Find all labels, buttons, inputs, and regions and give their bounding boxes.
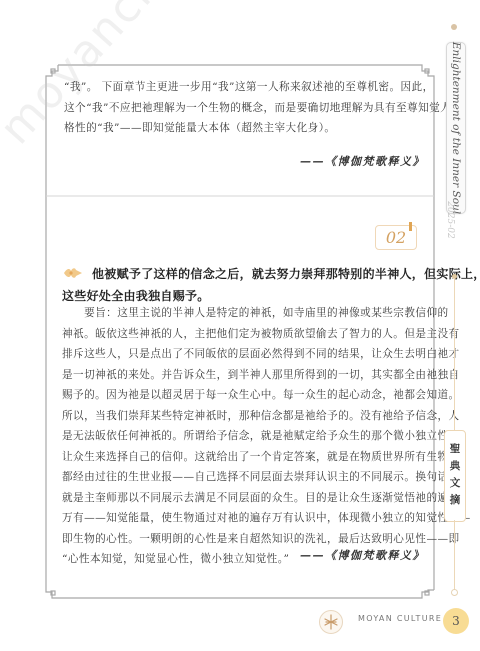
text-line: 都经由过往的生世业报——自己选择不同层面去崇拜认识主的不同展示。换句话说， <box>62 467 422 488</box>
sidebar-title-tab: Enlightenment of the Inner Soul <box>446 42 466 214</box>
text-line: 排斥这些人，只是点出了不同皈依的层面必然得到不同的结果，让众生去明白祂才 <box>62 344 422 365</box>
page-number: 3 <box>443 608 469 634</box>
text-line: 这个“我”不应把祂理解为一个生物的概念，而是要确切地理解为具有至尊知觉人 <box>64 98 420 119</box>
bookmark-tab-icon <box>409 222 412 231</box>
sidebar-top-dot <box>451 24 457 30</box>
label-char: 文 <box>445 475 465 492</box>
text-line: 赐予的。因为祂是以超灵居于每一众生心中。每一众生的起心动念，祂都会知道。 <box>62 385 422 406</box>
heading-line: 他被赋予了这样的信念之后，就去努力崇拜那特别的半神人，但实际上， <box>92 267 480 281</box>
label-char: 聖 <box>445 441 465 458</box>
sidebar-rail-lower <box>454 520 455 590</box>
asterisk-logo-icon <box>320 611 342 633</box>
sidebar-section-label: 聖 典 文 摘 <box>444 430 466 522</box>
sidebar-rail-upper <box>454 278 455 430</box>
section2-heading: 他被赋予了这样的信念之后，就去努力崇拜那特别的半神人，但实际上， 这些好处全由我… <box>62 263 422 307</box>
text-line: 让众生来选择自己的信仰。这就给出了一个肯定答案，就是在物质世界所有生物， <box>62 447 422 468</box>
section2-source: ——《博伽梵歌释义》 <box>300 547 425 563</box>
sidebar-title: Enlightenment of the Inner Soul <box>450 42 462 214</box>
brand-name: MOYAN CULTURE <box>358 614 442 623</box>
text-line: 格性的“我”——即知觉能量大本体（超然主宰大化身）。 <box>64 118 420 139</box>
moyan-logo <box>319 610 343 634</box>
label-char: 摘 <box>445 492 465 509</box>
text-line: 神祇。皈依这些神祇的人，主把他们定为被物质欲望偷去了智力的人。但是主没有 <box>62 324 422 345</box>
text-line: 是无法皈依任何神祇的。所谓给予信念，就是祂赋定给予众生的那个微小独立性， <box>62 426 422 447</box>
text-line: 是一切神祇的来处。并告诉众生，到半神人那里所得到的一切，其实都全由祂独自 <box>62 365 422 386</box>
issue-date: 2025-02 <box>445 201 455 238</box>
section1-source: ——《博伽梵歌释义》 <box>300 153 425 169</box>
text-line: 万有——知觉能量，使生物通过对祂的遍存万有认识中，体现微小独立的知觉性—— <box>62 508 422 529</box>
section1-paragraph: “我”。 下面章节主更进一步用“我”这第一人称来叙述祂的至尊机密。因此， 这个“… <box>64 77 420 139</box>
text-line: “我”。 下面章节主更进一步用“我”这第一人称来叙述祂的至尊机密。因此， <box>64 77 420 98</box>
text-line: 所以，当我们崇拜某些特定神祇时，那种信念都是祂给予的。没有祂给予信念，人 <box>62 406 422 427</box>
label-char: 典 <box>445 458 465 475</box>
text-line: 即生物的心性。一颗明朗的心性是来自超然知识的洗礼，最后达致明心见性——即 <box>62 529 422 550</box>
fleur-de-lis-icon <box>62 266 84 280</box>
text-line: 要旨：这里主说的半神人是特定的神祇，如寺庙里的神像或某些宗教信仰的 <box>62 303 422 324</box>
text-line: 就是主奎师那以不同展示去满足不同层面的众生。目的是让众生逐渐觉悟祂的遍存 <box>62 488 422 509</box>
section2-paragraph: 要旨：这里主说的半神人是特定的神祇，如寺庙里的神像或某些宗教信仰的 神祇。皈依这… <box>62 303 422 570</box>
rail-knob-bottom <box>451 589 458 596</box>
